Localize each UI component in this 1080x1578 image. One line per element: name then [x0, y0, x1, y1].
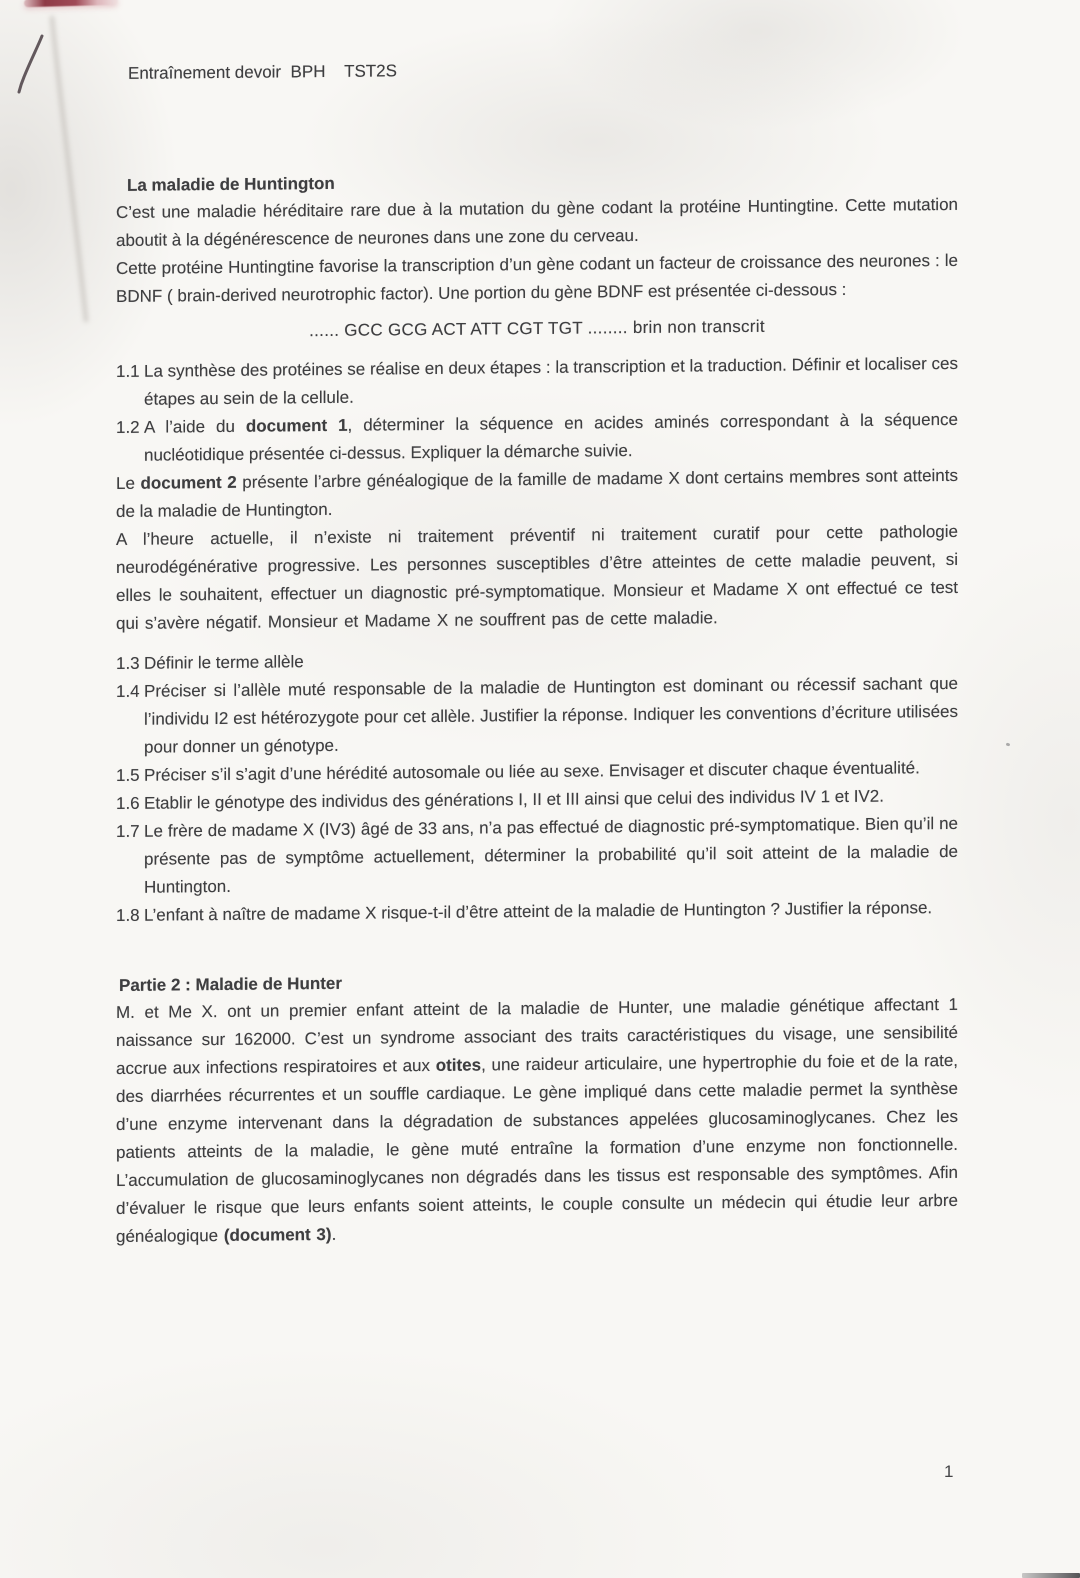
intro-paragraph-1: C’est une maladie héréditaire rare due à…: [116, 191, 958, 255]
question-text: Le frère de madame X (IV3) âgé de 33 ans…: [144, 810, 958, 902]
document-content: Entraînement devoir BPH TST2S La maladie…: [116, 54, 958, 1251]
document-header: Entraînement devoir BPH TST2S: [116, 54, 958, 86]
question-number: 1.7: [116, 818, 144, 902]
section2-paragraph: M. et Me X. ont un premier enfant attein…: [116, 991, 958, 1251]
question-number: 1.5: [116, 762, 144, 790]
question-number: 1.1: [116, 358, 144, 414]
question-text: Préciser si l’allèle muté responsable de…: [144, 670, 958, 762]
question-1-1: 1.1 La synthèse des protéines se réalise…: [116, 350, 958, 414]
question-list-a: 1.1 La synthèse des protéines se réalise…: [116, 350, 958, 470]
question-list-b: 1.3 Définir le terme allèle 1.4 Préciser…: [116, 642, 958, 930]
question-1-4: 1.4 Préciser si l’allèle muté responsabl…: [116, 670, 958, 762]
question-1-2: 1.2 A l’aide du document 1, déterminer l…: [116, 406, 958, 470]
question-number: 1.8: [116, 902, 144, 930]
intro-paragraph-2: Cette protéine Huntingtine favorise la t…: [116, 247, 958, 311]
dna-sequence-line: ...... GCC GCG ACT ATT CGT TGT ........ …: [116, 311, 958, 347]
question-number: 1.2: [116, 414, 144, 470]
document2-paragraph: Le document 2 présente l’arbre généalogi…: [116, 462, 958, 526]
question-number: 1.3: [116, 650, 144, 678]
corner-smudge: [1022, 1573, 1080, 1578]
question-number: 1.6: [116, 790, 144, 818]
question-text: A l’aide du document 1, déterminer la sé…: [144, 406, 958, 470]
question-text: La synthèse des protéines se réalise en …: [144, 350, 958, 414]
question-number: 1.4: [116, 678, 144, 762]
page-number: 1: [944, 1462, 953, 1482]
treatment-paragraph: A l’heure actuelle, il n’existe ni trait…: [116, 518, 958, 638]
scanned-page: Entraînement devoir BPH TST2S La maladie…: [0, 0, 1080, 1578]
question-1-7: 1.7 Le frère de madame X (IV3) âgé de 33…: [116, 810, 958, 902]
paper-speck: [1006, 742, 1011, 746]
